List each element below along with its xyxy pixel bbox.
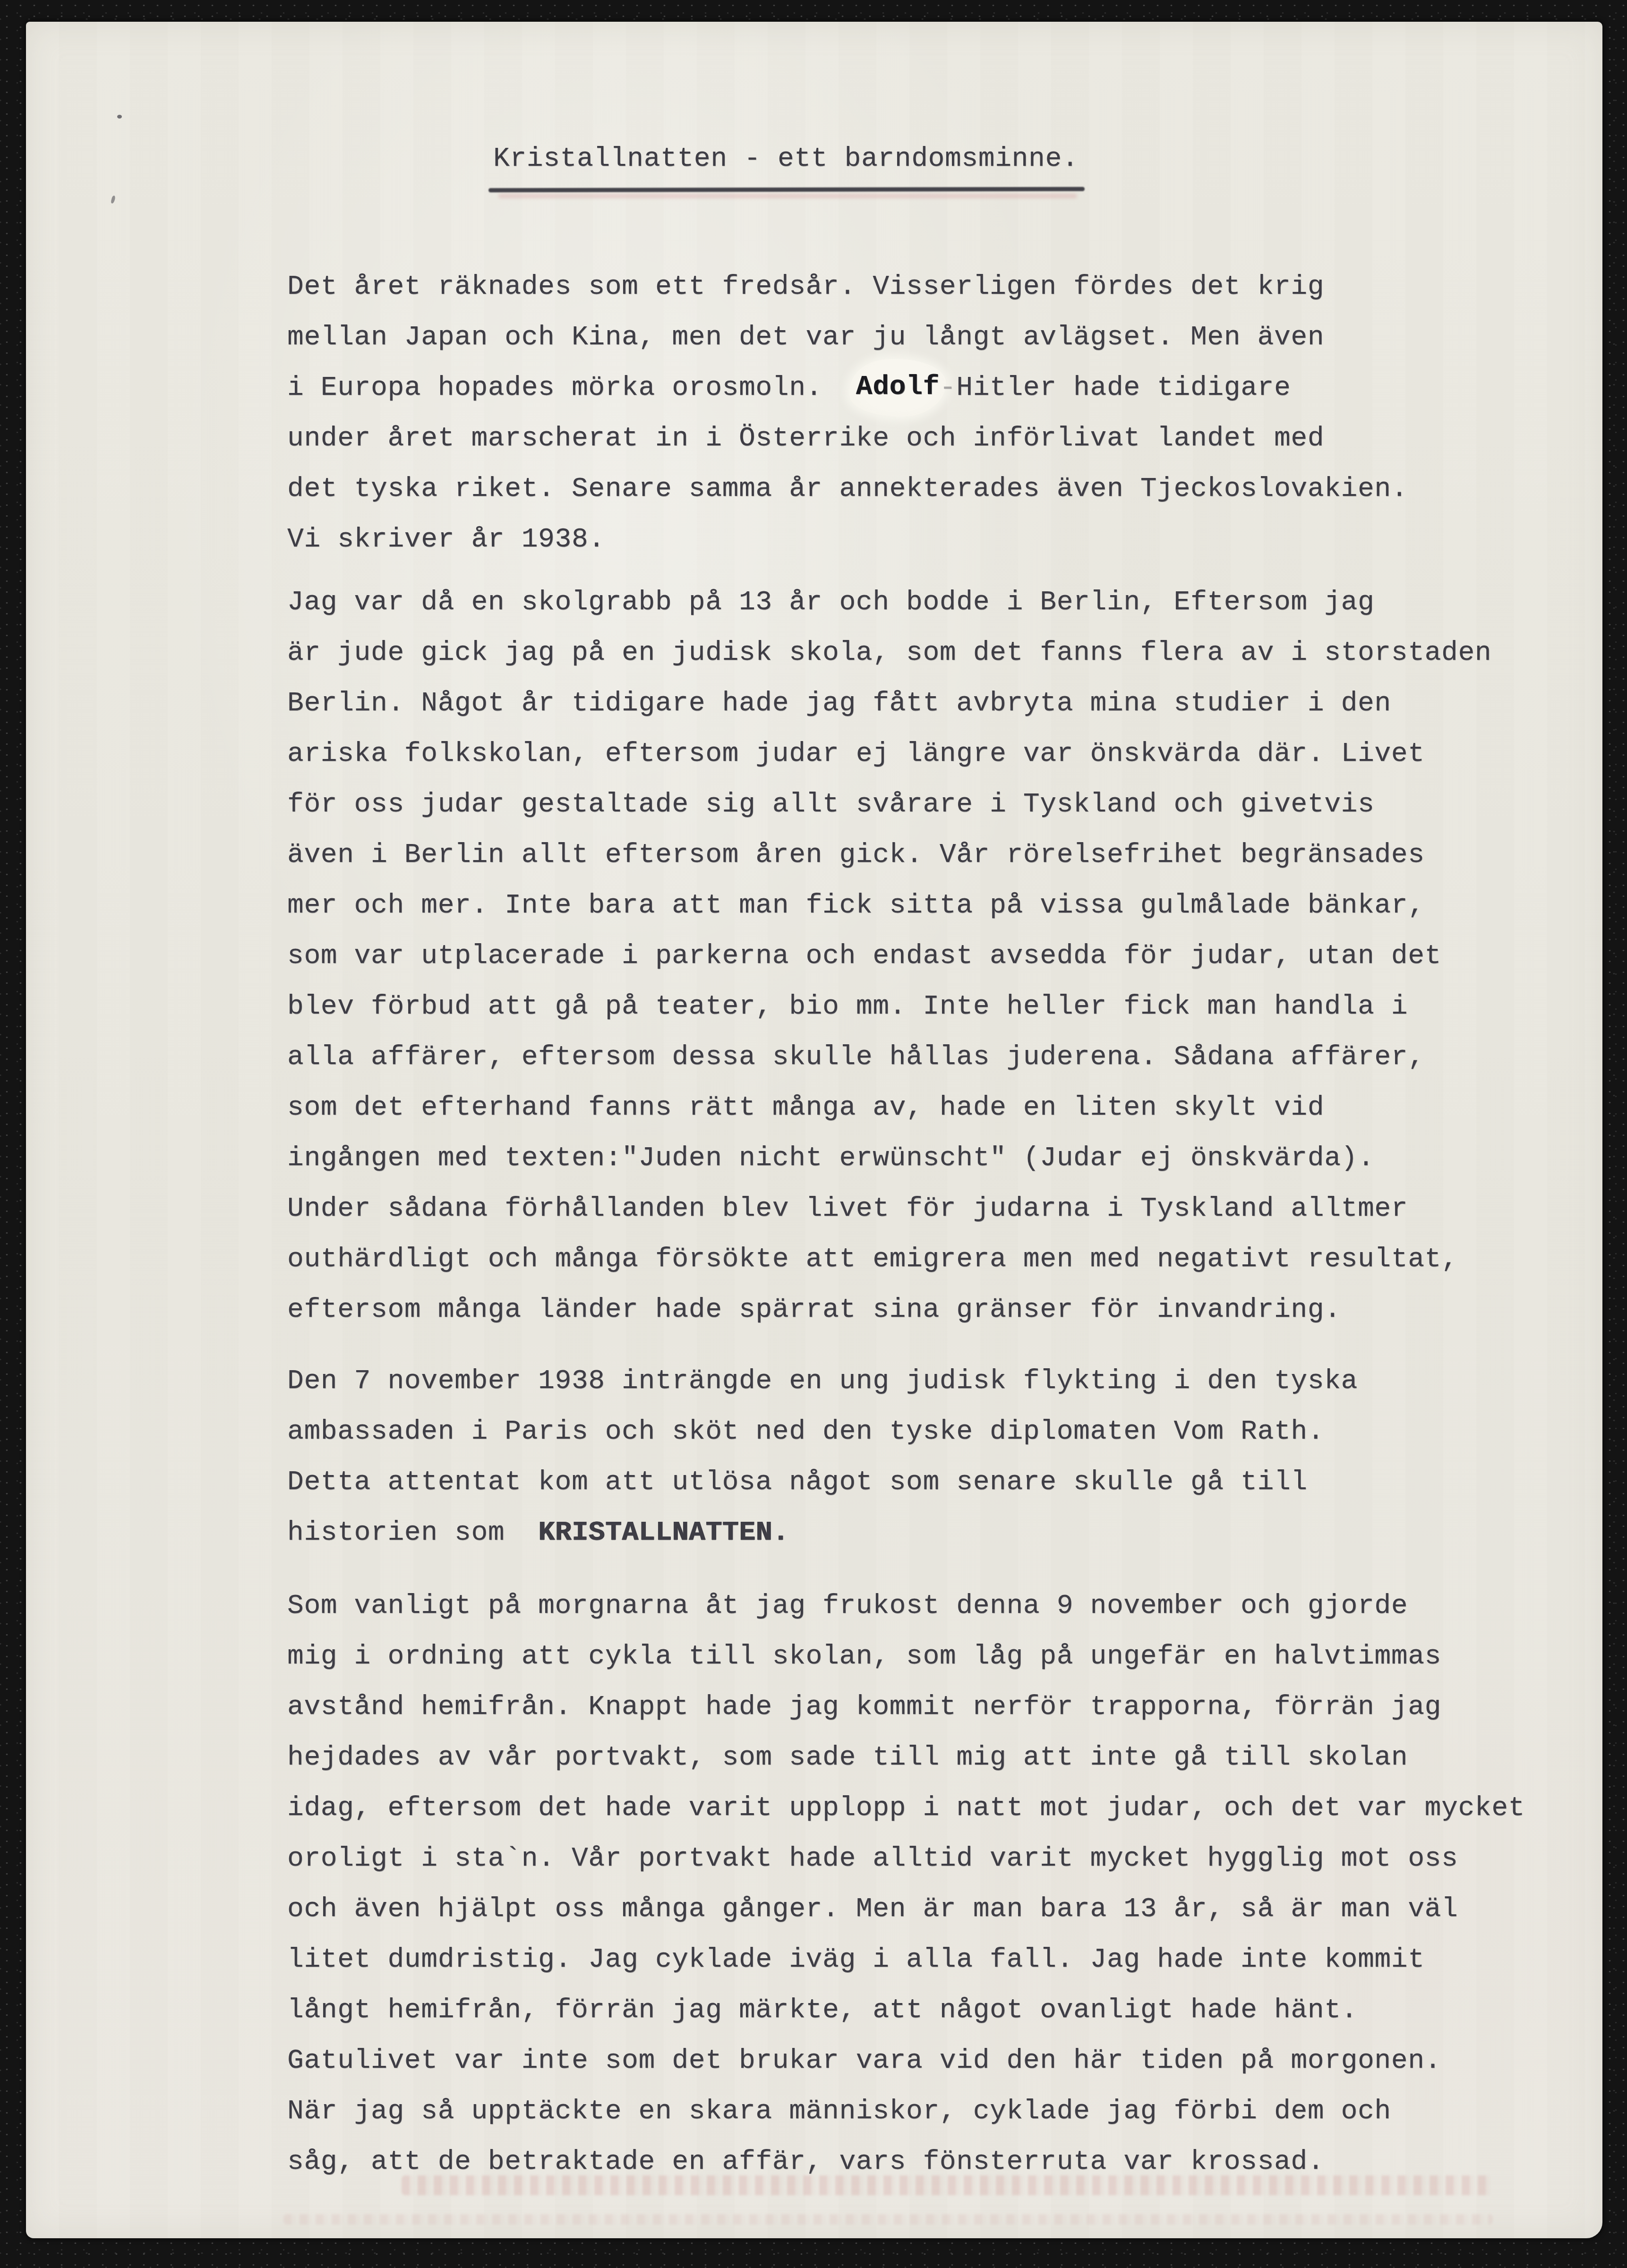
text-line: hejdades av vår portvakt, som sade till … — [287, 1732, 1610, 1783]
text-segment: Gatulivet var inte som det brukar vara v… — [287, 2046, 1441, 2076]
text-segment: under året marscherat in i Österrike och… — [287, 423, 1324, 454]
text-segment: eftersom många länder hade spärrat sina … — [287, 1295, 1341, 1325]
text-segment: Under sådana förhållanden blev livet för… — [287, 1194, 1408, 1224]
text-line: mig i ordning att cykla till skolan, som… — [287, 1631, 1610, 1682]
text-segment: för oss judar gestaltade sig allt svårar… — [287, 789, 1374, 820]
text-segment: mellan Japan och Kina, men det var ju lå… — [287, 322, 1324, 353]
text-line: ingången med texten:"Juden nicht erwünsc… — [287, 1133, 1610, 1184]
text-segment: Som vanligt på morgnarna åt jag frukost … — [287, 1591, 1408, 1621]
text-line: När jag så upptäckte en skara människor,… — [287, 2086, 1610, 2137]
title-underline-red-echo — [498, 194, 1077, 198]
paragraph: Som vanligt på morgnarna åt jag frukost … — [287, 1581, 1610, 2187]
text-segment: Jag var då en skolgrabb på 13 år och bod… — [287, 587, 1374, 618]
text-segment: hejdades av vår portvakt, som sade till … — [287, 1742, 1408, 1773]
document-page: Kristallnatten - ett barndomsminne. Det … — [26, 22, 1602, 2238]
text-segment: såg, att de betraktade en affär, vars fö… — [287, 2147, 1324, 2177]
text-line: litet dumdristig. Jag cyklade iväg i all… — [287, 1935, 1610, 1985]
text-line: Vi skriver år 1938. — [287, 514, 1610, 565]
text-line: alla affärer, eftersom dessa skulle håll… — [287, 1032, 1610, 1083]
text-line: Detta attentat kom att utlösa något som … — [287, 1457, 1610, 1508]
text-segment: Den 7 november 1938 inträngde en ung jud… — [287, 1366, 1358, 1397]
red-bleed-through — [402, 2175, 1493, 2195]
paragraph: Det året räknades som ett fredsår. Visse… — [287, 262, 1610, 565]
text-line: är jude gick jag på en judisk skola, som… — [287, 628, 1610, 678]
text-segment: Hitler hade tidigare — [956, 373, 1291, 403]
text-line: idag, eftersom det hade varit upplopp i … — [287, 1783, 1610, 1833]
emphasized-word: KRISTALLNATTEN. — [538, 1518, 789, 1548]
text-segment: är jude gick jag på en judisk skola, som… — [287, 638, 1491, 668]
text-line: oroligt i sta`n. Vår portvakt hade allti… — [287, 1833, 1610, 1884]
text-line: Under sådana förhållanden blev livet för… — [287, 1184, 1610, 1234]
ink-speck — [111, 195, 116, 204]
text-segment: mer och mer. Inte bara att man fick sitt… — [287, 890, 1425, 921]
text-segment: idag, eftersom det hade varit upplopp i … — [287, 1793, 1525, 1824]
paragraph: Jag var då en skolgrabb på 13 år och bod… — [287, 577, 1610, 1335]
text-line: ariska folkskolan, eftersom judar ej län… — [287, 729, 1610, 779]
whiteout-correction: Adolf — [849, 359, 946, 417]
text-segment: ingången med texten:"Juden nicht erwünsc… — [287, 1143, 1374, 1174]
scan-background: Kristallnatten - ett barndomsminne. Det … — [0, 0, 1627, 2268]
text-segment: blev förbud att gå på teater, bio mm. In… — [287, 991, 1408, 1022]
text-segment: Berlin. Något år tidigare hade jag fått … — [287, 688, 1391, 719]
text-segment: och även hjälpt oss många gånger. Men är… — [287, 1894, 1458, 1925]
text-segment: avstånd hemifrån. Knappt hade jag kommit… — [287, 1692, 1441, 1722]
text-segment: Vi skriver år 1938. — [287, 524, 605, 555]
text-segment: även i Berlin allt eftersom åren gick. V… — [287, 840, 1425, 870]
text-segment: ambassaden i Paris och sköt ned den tysk… — [287, 1416, 1324, 1447]
text-line: under året marscherat in i Österrike och… — [287, 413, 1610, 464]
text-line: Gatulivet var inte som det brukar vara v… — [287, 2036, 1610, 2086]
red-bleed-through — [283, 2214, 1493, 2225]
text-segment: Det året räknades som ett fredsår. Visse… — [287, 272, 1324, 302]
text-segment: som det efterhand fanns rätt många av, h… — [287, 1092, 1324, 1123]
text-segment: det tyska riket. Senare samma år annekte… — [287, 474, 1408, 504]
text-segment: ariska folkskolan, eftersom judar ej län… — [287, 739, 1425, 769]
page-title: Kristallnatten - ett barndomsminne. — [493, 144, 1079, 174]
text-line: Jag var då en skolgrabb på 13 år och bod… — [287, 577, 1610, 628]
ink-speck — [117, 115, 122, 119]
text-line: Den 7 november 1938 inträngde en ung jud… — [287, 1356, 1610, 1407]
title-underline — [488, 187, 1085, 193]
text-line: Det året räknades som ett fredsår. Visse… — [287, 262, 1610, 312]
text-segment: När jag så upptäckte en skara människor,… — [287, 2096, 1391, 2127]
text-line: i Europa hopades mörka orosmoln. Adolf-H… — [287, 363, 1610, 413]
text-line: för oss judar gestaltade sig allt svårar… — [287, 779, 1610, 830]
text-segment: oroligt i sta`n. Vår portvakt hade allti… — [287, 1843, 1458, 1874]
paragraph: Den 7 november 1938 inträngde en ung jud… — [287, 1356, 1610, 1558]
text-segment: litet dumdristig. Jag cyklade iväg i all… — [287, 1944, 1425, 1975]
text-line: som det efterhand fanns rätt många av, h… — [287, 1083, 1610, 1133]
text-line: som var utplacerade i parkerna och endas… — [287, 931, 1610, 981]
text-line: och även hjälpt oss många gånger. Men är… — [287, 1884, 1610, 1935]
text-line: Berlin. Något år tidigare hade jag fått … — [287, 678, 1610, 729]
text-line: även i Berlin allt eftersom åren gick. V… — [287, 830, 1610, 880]
text-line: mer och mer. Inte bara att man fick sitt… — [287, 880, 1610, 931]
text-segment: - — [940, 373, 956, 403]
text-line: historien som KRISTALLNATTEN. — [287, 1508, 1610, 1558]
text-line: eftersom många länder hade spärrat sina … — [287, 1285, 1610, 1335]
text-segment: outhärdligt och många försökte att emigr… — [287, 1244, 1458, 1275]
text-segment: i Europa hopades mörka orosmoln. — [287, 373, 856, 403]
text-segment: Detta attentat kom att utlösa något som … — [287, 1467, 1308, 1498]
text-line: ambassaden i Paris och sköt ned den tysk… — [287, 1407, 1610, 1457]
text-segment: historien som — [287, 1518, 538, 1548]
text-line: Som vanligt på morgnarna åt jag frukost … — [287, 1581, 1610, 1631]
text-line: outhärdligt och många försökte att emigr… — [287, 1234, 1610, 1285]
text-segment: långt hemifrån, förrän jag märkte, att n… — [287, 1995, 1358, 2026]
text-line: blev förbud att gå på teater, bio mm. In… — [287, 981, 1610, 1032]
text-line: långt hemifrån, förrän jag märkte, att n… — [287, 1985, 1610, 2036]
text-segment: som var utplacerade i parkerna och endas… — [287, 941, 1441, 972]
text-line: det tyska riket. Senare samma år annekte… — [287, 464, 1610, 514]
text-line: mellan Japan och Kina, men det var ju lå… — [287, 312, 1610, 363]
text-segment: mig i ordning att cykla till skolan, som… — [287, 1641, 1441, 1672]
text-segment: alla affärer, eftersom dessa skulle håll… — [287, 1042, 1425, 1073]
document-body: Det året räknades som ett fredsår. Visse… — [287, 262, 1610, 2187]
text-line: avstånd hemifrån. Knappt hade jag kommit… — [287, 1682, 1610, 1732]
